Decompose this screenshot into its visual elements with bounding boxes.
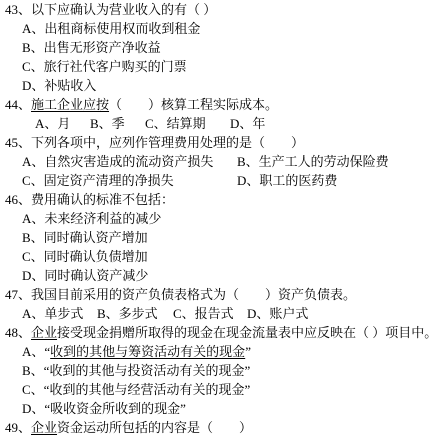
question-48-option-a-underlined: 收到的其他与筹资活动有关的现金 <box>50 344 245 359</box>
question-48-option-b: B、“收到的其他与投资活动有关的现金” <box>5 361 446 380</box>
question-49-stem: 49、企业资金运动所包括的内容是（ ） <box>5 418 446 436</box>
question-44-option-d: D、年 <box>230 114 265 133</box>
question-48-number: 48、 <box>5 325 31 340</box>
question-46-option-d: D、同时确认资产减少 <box>5 266 446 285</box>
question-45-option-a: A、自然灾害造成的流动资产损失 <box>22 152 237 171</box>
question-47-stem: 47、我国目前采用的资产负债表格式为（ ）资产负债表。 <box>5 285 446 304</box>
question-43-option-c: C、旅行社代客户购买的门票 <box>5 57 446 76</box>
question-48-option-c: C、“收到的其他与经营活动有关的现金” <box>5 380 446 399</box>
question-48-option-a: A、“收到的其他与筹资活动有关的现金” <box>5 342 446 361</box>
question-43-stem: 43、以下应确认为营业收入的有（ ） <box>5 0 446 19</box>
question-44-stem-rest: （ ）核算工程实际成本。 <box>109 97 278 112</box>
question-49-stem-rest: 资金运动所包括的内容是（ ） <box>57 420 252 435</box>
question-46-option-b: B、同时确认资产增加 <box>5 228 446 247</box>
question-44-number: 44、 <box>5 97 31 112</box>
question-44-underlined-term: 施工企业应按 <box>31 97 109 112</box>
question-44-option-a: A、月 <box>35 114 90 133</box>
question-47-option-d: D、账户式 <box>247 304 308 323</box>
question-48-option-d: D、“吸收资金所收到的现金” <box>5 399 446 418</box>
question-48-stem: 48、企业接受现金捐赠所取得的现金在现金流量表中应反映在（ ）项目中。 <box>5 323 446 342</box>
exam-page: 43、以下应确认为营业收入的有（ ） A、出租商标使用权而收到租金 B、出售无形… <box>0 0 446 436</box>
question-49-underlined-term: 企业 <box>31 420 57 435</box>
question-47-option-c: C、报告式 <box>173 304 247 323</box>
question-48-option-a-prefix: A、“ <box>22 344 50 359</box>
question-45-option-c: C、固定资产清理的净损失 <box>22 171 237 190</box>
question-44-stem: 44、施工企业应按（ ）核算工程实际成本。 <box>5 95 446 114</box>
question-48-underlined-term: 企业 <box>31 325 57 340</box>
question-47-option-b: B、多步式 <box>97 304 173 323</box>
question-46-stem: 46、费用确认的标准不包括： <box>5 190 446 209</box>
question-47-options: A、单步式B、多步式C、报告式D、账户式 <box>5 304 446 323</box>
question-44-options: A、月B、季C、结算期D、年 <box>5 114 446 133</box>
question-46-option-a: A、未来经济利益的减少 <box>5 209 446 228</box>
question-45-stem: 45、下列各项中，应列作管理费用处理的是（ ） <box>5 133 446 152</box>
question-43-option-d: D、补贴收入 <box>5 76 446 95</box>
question-49-number: 49、 <box>5 420 31 435</box>
exam-screenshot: { "page": { "background_color": "#ffffff… <box>0 0 446 436</box>
question-48-option-a-suffix: ” <box>245 344 251 359</box>
question-45-option-b: B、生产工人的劳动保险费 <box>237 152 389 171</box>
question-45-option-d: D、职工的医药费 <box>237 171 337 190</box>
question-43-option-a: A、出租商标使用权而收到租金 <box>5 19 446 38</box>
question-48-stem-rest: 接受现金捐赠所取得的现金在现金流量表中应反映在（ ）项目中。 <box>57 325 437 340</box>
question-45-options-row-2: C、固定资产清理的净损失D、职工的医药费 <box>5 171 446 190</box>
question-45-options-row-1: A、自然灾害造成的流动资产损失B、生产工人的劳动保险费 <box>5 152 446 171</box>
question-46-option-c: C、同时确认负债增加 <box>5 247 446 266</box>
question-47-option-a: A、单步式 <box>22 304 97 323</box>
question-44-option-c: C、结算期 <box>145 114 230 133</box>
question-44-option-b: B、季 <box>90 114 145 133</box>
question-43-option-b: B、出售无形资产净收益 <box>5 38 446 57</box>
